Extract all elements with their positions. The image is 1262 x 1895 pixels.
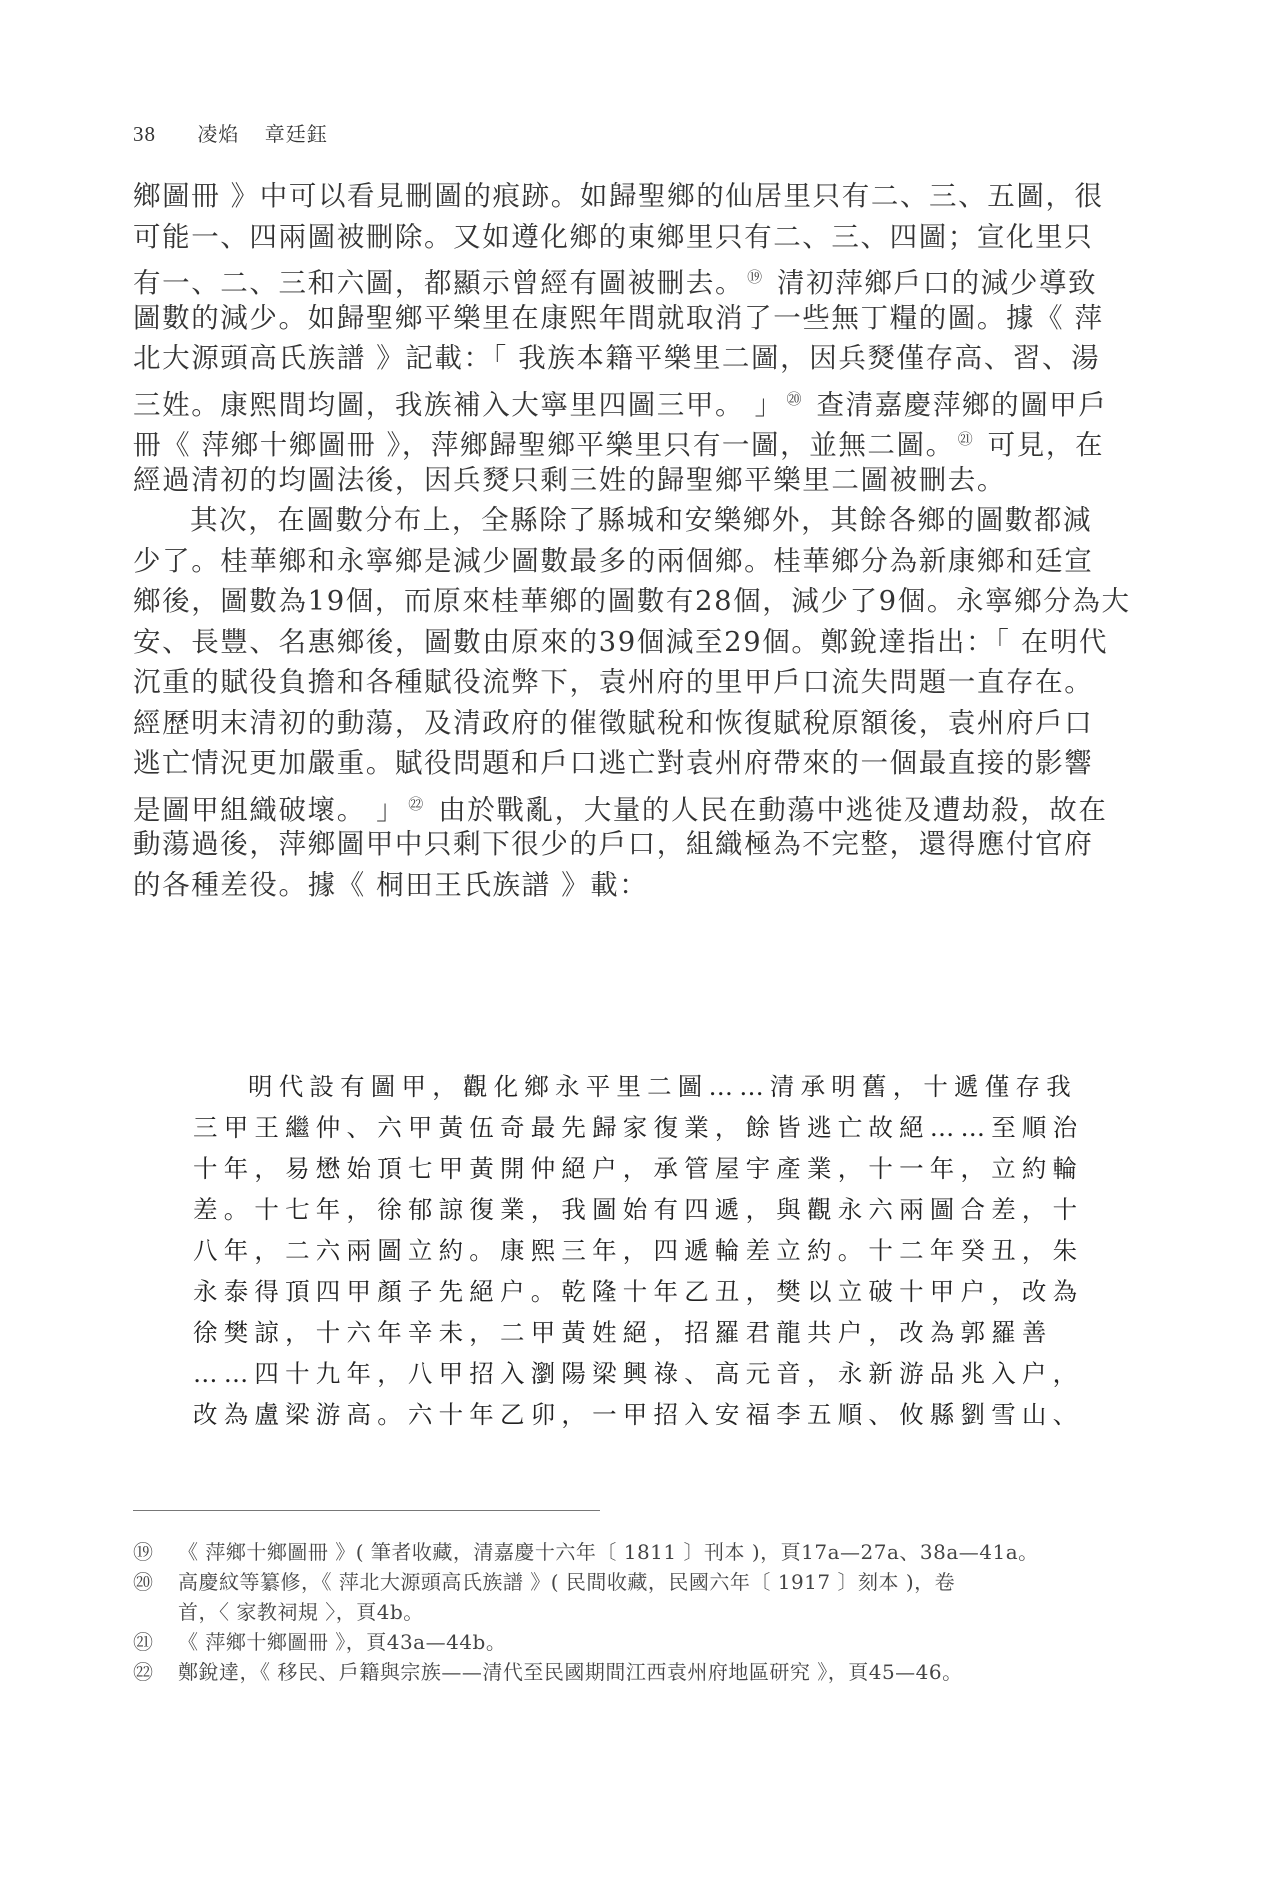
page-number: 38 xyxy=(133,122,156,146)
body-line: 逃亡情況更加嚴重。賦役問題和戶口逃亡對袁州府帶來的一個最直接的影響 xyxy=(133,743,1073,784)
body-line: 少了。桂華鄉和永寧鄉是減少圖數最多的兩個鄉。桂華鄉分為新康鄉和廷宣 xyxy=(133,541,1073,582)
body-line: 北大源頭高氏族譜 》記載：「 我族本籍平樂里二圖，因兵燹僅存高、習、湯 xyxy=(133,338,1073,379)
body-line: 三姓。康熙間均圖，我族補入大寧里四圖三甲。 」⑳ 查清嘉慶萍鄉的圖甲戶 xyxy=(133,379,1073,420)
quote-line: 改為盧梁游高。六十年乙卯，一甲招入安福李五順、攸縣劉雪山、 xyxy=(193,1394,1013,1435)
body-line: 沉重的賦役負擔和各種賦役流弊下，袁州府的里甲戶口流失問題一直存在。 xyxy=(133,662,1073,703)
footnote-number: ⑲ xyxy=(133,1537,178,1567)
running-head: 38 凌焰 章廷鈺 xyxy=(133,118,346,147)
body-text: 鄉圖冊 》中可以看見刪圖的痕跡。如歸聖鄉的仙居里只有二、三、五圖，很 可能一、四… xyxy=(133,176,1073,905)
quote-line: 八年，二六兩圖立約。康熙三年，四遞輪差立約。十二年癸丑，朱 xyxy=(193,1230,1013,1271)
footnote-item: ㉑ 《 萍鄉十鄉圖冊 》，頁43a—44b。 xyxy=(133,1627,1073,1657)
body-line: 圖數的減少。如歸聖鄉平樂里在康熙年間就取消了一些無丁糧的圖。據《 萍 xyxy=(133,298,1073,339)
footnote-item: ㉒ 鄭銳達，《 移民、戶籍與宗族——清代至民國期間江西袁州府地區研究 》，頁45… xyxy=(133,1657,1073,1687)
body-line: 鄉圖冊 》中可以看見刪圖的痕跡。如歸聖鄉的仙居里只有二、三、五圖，很 xyxy=(133,176,1073,217)
footnote-text: 《 萍鄉十鄉圖冊 》( 筆者收藏，清嘉慶十六年〔 1811 〕刊本 )，頁17a… xyxy=(178,1537,1039,1567)
footnote-number: ⑳ xyxy=(133,1567,178,1627)
quote-line: ……四十九年，八甲招入瀏陽梁興祿、高元音，永新游品兆入户， xyxy=(193,1353,1013,1394)
body-line: 的各種差役。據《 桐田王氏族譜 》載： xyxy=(133,865,1073,906)
paragraph-start-line: 其次，在圖數分布上，全縣除了縣城和安樂鄉外，其餘各鄉的圖數都減 xyxy=(133,500,1073,541)
body-line: 鄉後，圖數為19個，而原來桂華鄉的圖數有28個，減少了9個。永寧鄉分為大 xyxy=(133,581,1073,622)
footnote-text: 高慶紋等纂修，《 萍北大源頭高氏族譜 》( 民間收藏，民國六年〔 1917 〕刻… xyxy=(178,1567,955,1627)
body-line: 動蕩過後，萍鄉圖甲中只剩下很少的戶口，組織極為不完整，還得應付官府 xyxy=(133,824,1073,865)
footnote-text: 《 萍鄉十鄉圖冊 》，頁43a—44b。 xyxy=(178,1627,506,1657)
footnote-ref[interactable]: ⑲ xyxy=(747,268,764,286)
author-name: 章廷鈺 xyxy=(265,122,328,146)
quote-line: 十年，易懋始頂七甲黃開仲絕户，承管屋宇產業，十一年，立約輪 xyxy=(193,1148,1013,1189)
body-line: 是圖甲組織破壞。 」㉒ 由於戰亂，大量的人民在動蕩中逃徙及遭劫殺，故在 xyxy=(133,784,1073,825)
footnote-separator xyxy=(133,1510,600,1511)
footnote-number: ㉑ xyxy=(133,1627,178,1657)
quote-line: 永泰得頂四甲顏子先絕户。乾隆十年乙丑，樊以立破十甲户，改為 xyxy=(193,1271,1013,1312)
author-list: 凌焰 章廷鈺 xyxy=(197,122,345,146)
footnote-ref[interactable]: ㉒ xyxy=(408,795,425,813)
block-quote: 明代設有圖甲，觀化鄉永平里二圖……清承明舊，十遞僅存我 三甲王繼仲、六甲黃伍奇最… xyxy=(193,1066,1013,1435)
footnote-number: ㉒ xyxy=(133,1657,178,1687)
footnote-item: ⑳ 高慶紋等纂修，《 萍北大源頭高氏族譜 》( 民間收藏，民國六年〔 1917 … xyxy=(133,1567,1073,1627)
quote-line: 三甲王繼仲、六甲黃伍奇最先歸家復業，餘皆逃亡故絕……至順治 xyxy=(193,1107,1013,1148)
body-line: 經歷明末清初的動蕩，及清政府的催徵賦稅和恢復賦稅原額後，袁州府戶口 xyxy=(133,703,1073,744)
quote-line: 差。十七年，徐郁諒復業，我圖始有四遞，與觀永六兩圖合差，十 xyxy=(193,1189,1013,1230)
body-line: 有一、二、三和六圖，都顯示曾經有圖被刪去。⑲ 清初萍鄉戶口的減少導致 xyxy=(133,257,1073,298)
body-line: 冊《 萍鄉十鄉圖冊 》，萍鄉歸聖鄉平樂里只有一圖，並無二圖。㉑ 可見，在 xyxy=(133,419,1073,460)
footnote-item: ⑲ 《 萍鄉十鄉圖冊 》( 筆者收藏，清嘉慶十六年〔 1811 〕刊本 )，頁1… xyxy=(133,1537,1073,1567)
footnote-ref[interactable]: ⑳ xyxy=(787,390,804,408)
body-line: 經過清初的均圖法後，因兵燹只剩三姓的歸聖鄉平樂里二圖被刪去。 xyxy=(133,460,1073,501)
quote-line: 明代設有圖甲，觀化鄉永平里二圖……清承明舊，十遞僅存我 xyxy=(193,1066,1013,1107)
footnotes: ⑲ 《 萍鄉十鄉圖冊 》( 筆者收藏，清嘉慶十六年〔 1811 〕刊本 )，頁1… xyxy=(133,1537,1073,1687)
body-line: 可能一、四兩圖被刪除。又如遵化鄉的東鄉里只有二、三、四圖；宣化里只 xyxy=(133,217,1073,258)
footnote-ref[interactable]: ㉑ xyxy=(958,430,975,448)
author-name: 凌焰 xyxy=(197,122,239,146)
body-line: 安、長豐、名惠鄉後，圖數由原來的39個減至29個。鄭銳達指出：「 在明代 xyxy=(133,622,1073,663)
footnote-text: 鄭銳達，《 移民、戶籍與宗族——清代至民國期間江西袁州府地區研究 》，頁45—4… xyxy=(178,1657,963,1687)
quote-line: 徐樊諒，十六年辛未，二甲黃姓絕，招羅君龍共户，改為郭羅善 xyxy=(193,1312,1013,1353)
